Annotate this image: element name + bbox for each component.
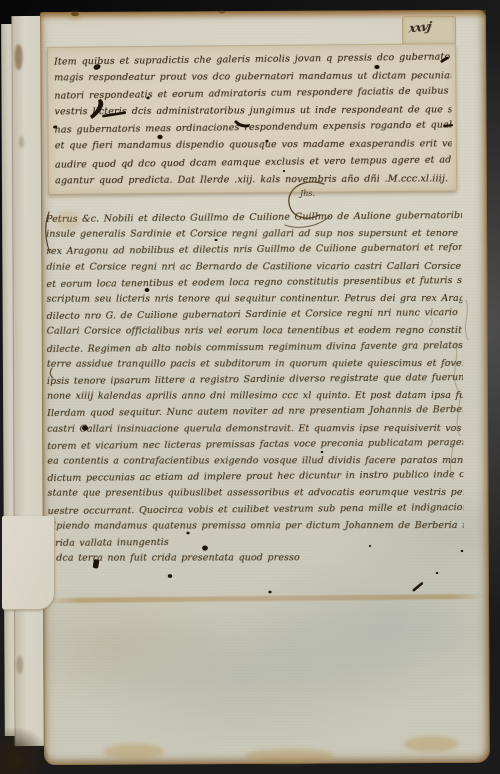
manuscript-photo: xxvj Item quibus et supradictis che gale… xyxy=(0,0,500,774)
binding-stain xyxy=(15,44,23,70)
manuscript-line: et eorum loca tenentibus et eodem loca r… xyxy=(46,273,462,293)
binding-stain xyxy=(16,656,23,674)
manuscript-line: uestre occurrant. Quocirca vobis et cuil… xyxy=(48,500,464,520)
manuscript-line: rex Aragonu ad nobilibus et dilectis nri… xyxy=(46,240,462,260)
body-paragraph-lines: Petrus &c. Nobili et dilecto Guillmo de … xyxy=(46,209,464,535)
pasted-slip: Item quibus et supradictis che galeris m… xyxy=(47,43,457,195)
folio-patch: xxvj xyxy=(402,16,456,45)
manuscript-line: dilecte. Regimen ab alto nobis commissum… xyxy=(47,338,463,358)
repair-patch xyxy=(2,516,55,610)
manuscript-line: J dca terra non fuit crida presentata qu… xyxy=(48,550,464,567)
binding-stain xyxy=(19,136,24,148)
binding-shadow xyxy=(0,728,48,774)
manuscript-line: Ilerdam quod sequitur. Nunc autem novite… xyxy=(47,402,463,422)
closing-lines: Crida vallata inungentisJ dca terra non … xyxy=(48,533,464,568)
manuscript-page: xxvj Item quibus et supradictis che gale… xyxy=(40,10,490,765)
margin-stain xyxy=(55,210,81,230)
folio-mark: xxvj xyxy=(408,19,432,35)
edge-tear-stain xyxy=(68,12,82,20)
manuscript-line: torem et vicarium nec licteras premissas… xyxy=(47,435,463,455)
manuscript-line: agantur quod predicta. Dat Ilerde .xiij.… xyxy=(55,170,452,189)
body-paragraph: Petrus &c. Nobili et dilecto Guillmo de … xyxy=(46,209,464,568)
